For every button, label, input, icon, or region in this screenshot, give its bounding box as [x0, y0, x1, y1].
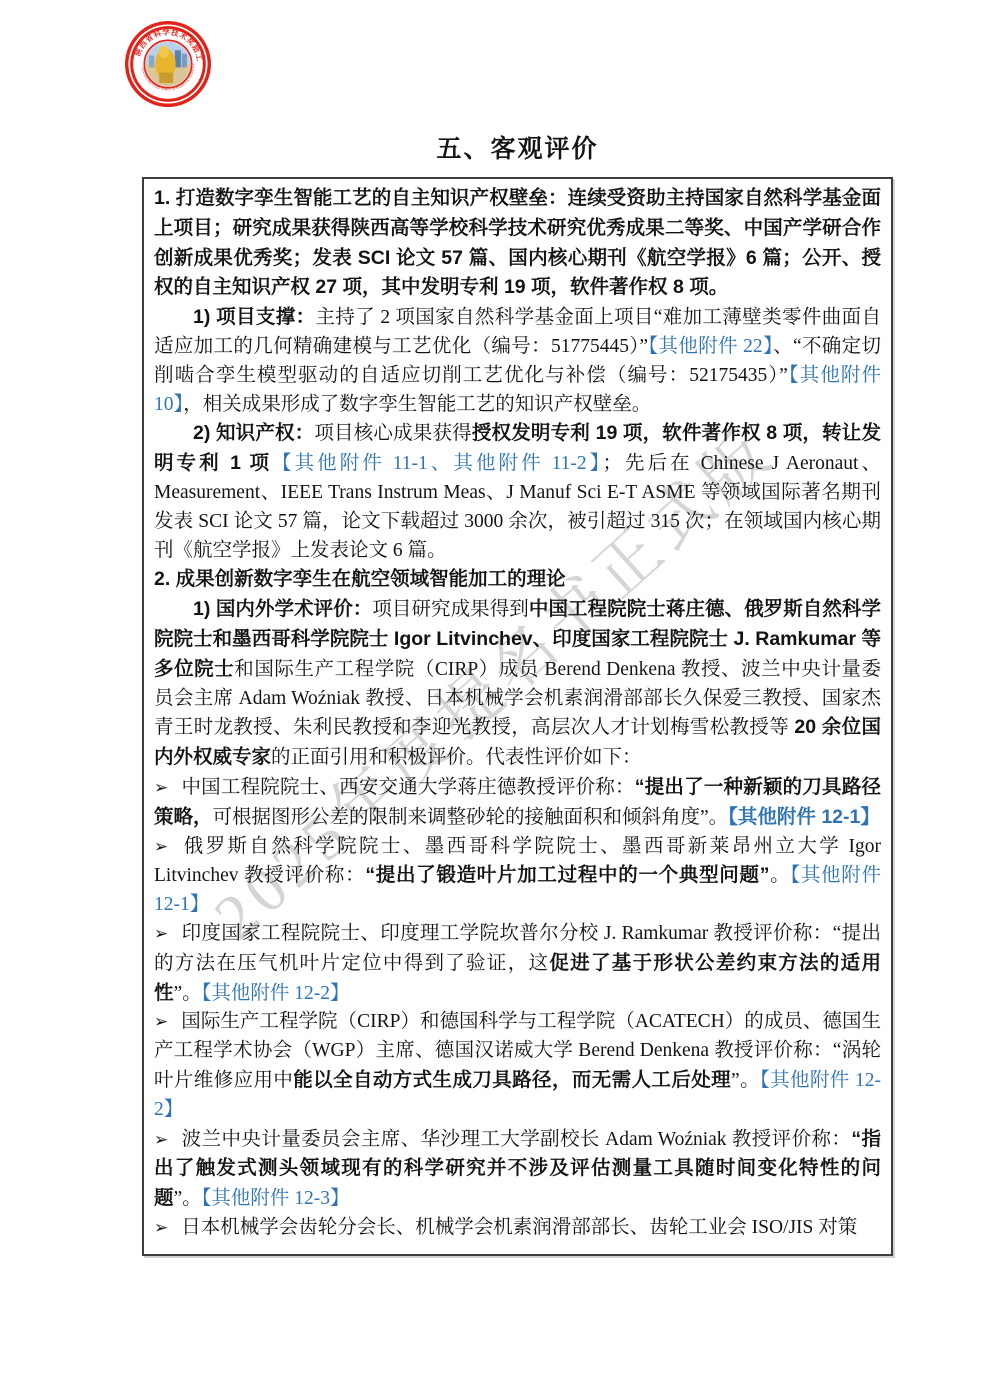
attachment-link[interactable]: 【其他附件 12-2】 — [202, 983, 350, 1004]
bullet-arrow-icon: ➢ — [154, 833, 168, 862]
attachment-link[interactable]: 【其他附件 12-1】 — [728, 806, 880, 828]
bullet-paragraph: ➢国际生产工程学院（CIRP）和德国科学与工程学院（ACATECH）的成员、德国… — [154, 1008, 881, 1124]
text-run: ，相关成果形成了数字孪生智能工艺的知识产权壁垒。 — [183, 394, 651, 415]
text-run: ”。 — [174, 1188, 202, 1209]
section-title: 五、客观评价 — [142, 129, 893, 165]
text-run: 2) 知识产权： — [193, 422, 314, 444]
text-run: 可根据图形公差的限制来调整砂轮的接触面积和倾斜角度”。 — [213, 807, 729, 828]
text-run: 2. 成果创新数字孪生在航空领域智能加工的理论 — [154, 568, 566, 590]
text-run: 。 — [769, 865, 790, 886]
text-run: 和国际生产工程学院（CIRP）成员 Berend Denkena 教授、波兰中央… — [154, 659, 881, 739]
bullet-paragraph: ➢中国工程院院士、西安交通大学蒋庄德教授评价称：“提出了一种新颖的刀具路径策略，… — [154, 773, 881, 833]
text-run: ”。 — [174, 983, 202, 1004]
attachment-link[interactable]: 【其他附件 12-3】 — [202, 1188, 350, 1209]
attachment-link[interactable]: 【其他附件 22】 — [648, 336, 773, 357]
text-run: 1. 打造数字孪生智能工艺的自主知识产权壁垒：连续受资助主持国家自然科学基金面上… — [154, 187, 881, 298]
bullet-arrow-icon: ➢ — [154, 774, 168, 803]
organization-seal-logo: 陕西省科学技术奖励工作办公室 SHAANXI PROVINCE OFFICE O… — [125, 21, 211, 107]
text-run: 项目研究成果得到 — [372, 599, 529, 620]
bullet-paragraph: ➢波兰中央计量委员会主席、华沙理工大学副校长 Adam Woźniak 教授评价… — [154, 1125, 881, 1214]
bullet-arrow-icon: ➢ — [154, 1008, 168, 1037]
text-run: 1) 项目支撑： — [193, 306, 316, 328]
text-run: “提出了锻造叶片加工过程中的一个典型问题” — [365, 864, 769, 886]
text-run: 中国工程院院士、西安交通大学蒋庄德教授评价称： — [181, 777, 634, 798]
bullet-paragraph: ➢印度国家工程院院士、印度理工学院坎普尔分校 J. Ramkumar 教授评价称… — [154, 920, 881, 1008]
text-run: ”。 — [731, 1070, 760, 1091]
seal-inner-photo — [146, 42, 191, 87]
paragraph: 2. 成果创新数字孪生在航空领域智能加工的理论 — [154, 565, 881, 595]
text-run: 项目核心成果获得 — [314, 423, 472, 444]
text-run: 的正面引用和积极评价。代表性评价如下： — [271, 747, 642, 768]
evaluation-box: 1. 打造数字孪生智能工艺的自主知识产权壁垒：连续受资助主持国家自然科学基金面上… — [142, 177, 893, 1256]
text-run: 波兰中央计量委员会主席、华沙理工大学副校长 Adam Woźniak 教授评价称… — [181, 1129, 851, 1150]
paragraph: 1. 打造数字孪生智能工艺的自主知识产权壁垒：连续受资助主持国家自然科学基金面上… — [154, 184, 881, 303]
attachment-link[interactable]: 【其他附件 11-1、其他附件 11-2】 — [272, 453, 602, 474]
document-page: 陕西省科学技术奖励工作办公室 SHAANXI PROVINCE OFFICE O… — [0, 0, 990, 1399]
bullet-paragraph: ➢俄罗斯自然科学院院士、墨西哥科学院院士、墨西哥新莱昂州立大学 Igor Lit… — [154, 833, 881, 920]
seal-logo-graphic: 陕西省科学技术奖励工作办公室 SHAANXI PROVINCE OFFICE O… — [125, 21, 211, 107]
bullet-arrow-icon: ➢ — [154, 1214, 168, 1243]
text-run: 1) 国内外学术评价： — [193, 598, 372, 620]
paragraph: 1) 国内外学术评价：项目研究成果得到中国工程院院士蒋庄德、俄罗斯自然科学院院士… — [154, 595, 881, 773]
bullet-paragraph: ➢日本机械学会齿轮分会长、机械学会机素润滑部部长、齿轮工业会 ISO/JIS 对… — [154, 1214, 881, 1243]
paragraph: 2) 知识产权：项目核心成果获得授权发明专利 19 项，软件著作权 8 项，转让… — [154, 419, 881, 565]
bullet-arrow-icon: ➢ — [154, 1126, 168, 1155]
text-run: 日本机械学会齿轮分会长、机械学会机素润滑部部长、齿轮工业会 ISO/JIS 对策 — [181, 1217, 857, 1238]
bullet-arrow-icon: ➢ — [154, 920, 168, 949]
text-run: 能以全自动方式生成刀具路径，而无需人工后处理 — [293, 1069, 731, 1091]
paragraph: 1) 项目支撑：主持了 2 项国家自然科学基金面上项目“难加工薄壁类零件曲面自适… — [154, 303, 881, 419]
